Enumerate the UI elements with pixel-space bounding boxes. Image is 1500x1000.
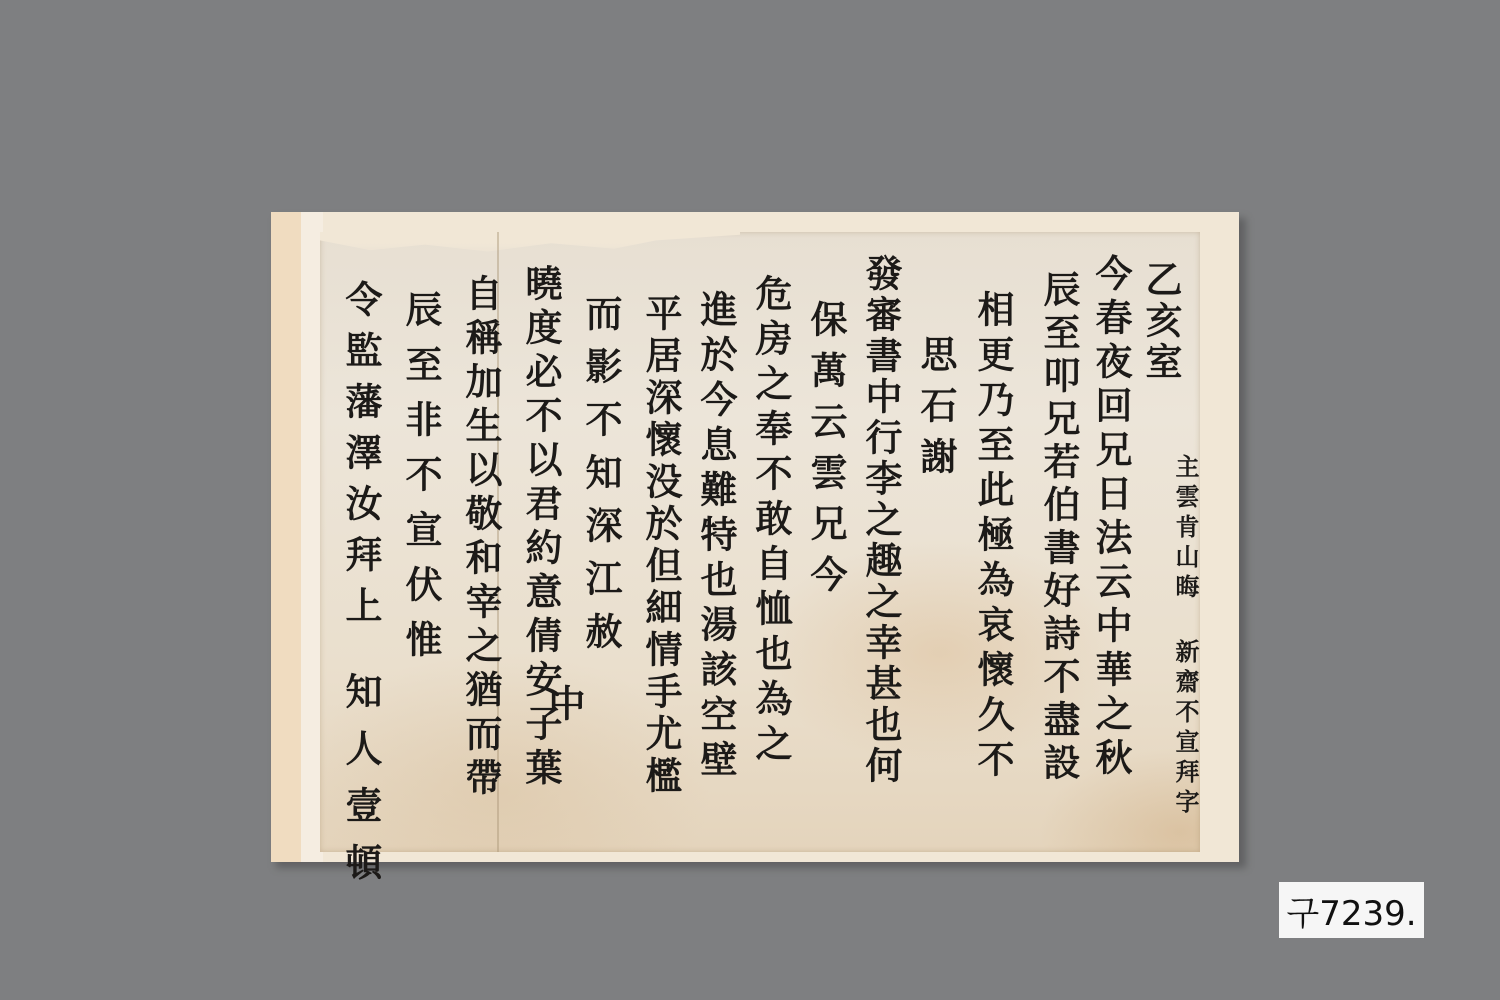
backing-edge-strip	[271, 212, 301, 862]
column-12-note: 中	[545, 684, 582, 725]
column-2: 今春夜回兄日法云中華之秋	[1092, 254, 1129, 782]
column-8: 危房之奉不敢自恤也為之	[752, 274, 789, 769]
column-1: 乙亥室	[1142, 260, 1179, 383]
torn-edge	[320, 232, 740, 260]
column-11: 而影不知深江赦	[582, 294, 619, 665]
column-13: 自稱加生以敬和宰之猶而帶	[462, 274, 499, 802]
column-7: 保萬云雲兄今	[807, 300, 844, 606]
column-9: 進於今息難特也湯該空壁	[697, 290, 734, 785]
column-5: 思石謝	[917, 335, 954, 488]
column-14: 辰至非不宣伏惟	[402, 290, 439, 675]
letter-paper: 乙亥室 主雲肯山晦 新齋不宣拜字 今春夜回兄日法云中華之秋 辰至叩兄若伯書好詩不…	[320, 232, 1200, 852]
column-15: 令監藩澤汝拜上	[342, 280, 379, 637]
column-15-signature: 知人壹頓	[342, 672, 379, 900]
column-4: 相更乃至此極為哀懷久不	[974, 290, 1011, 785]
column-6: 發審書中行李之趣之幸甚也何	[862, 254, 899, 787]
catalog-number-label: 구7239.	[1279, 882, 1424, 938]
column-10: 平居深懷没於但細情手尤檻	[642, 294, 679, 798]
column-1-annotation: 主雲肯山晦 新齋不宣拜字	[1173, 454, 1197, 819]
column-3: 辰至叩兄若伯書好詩不盡設	[1040, 270, 1077, 786]
